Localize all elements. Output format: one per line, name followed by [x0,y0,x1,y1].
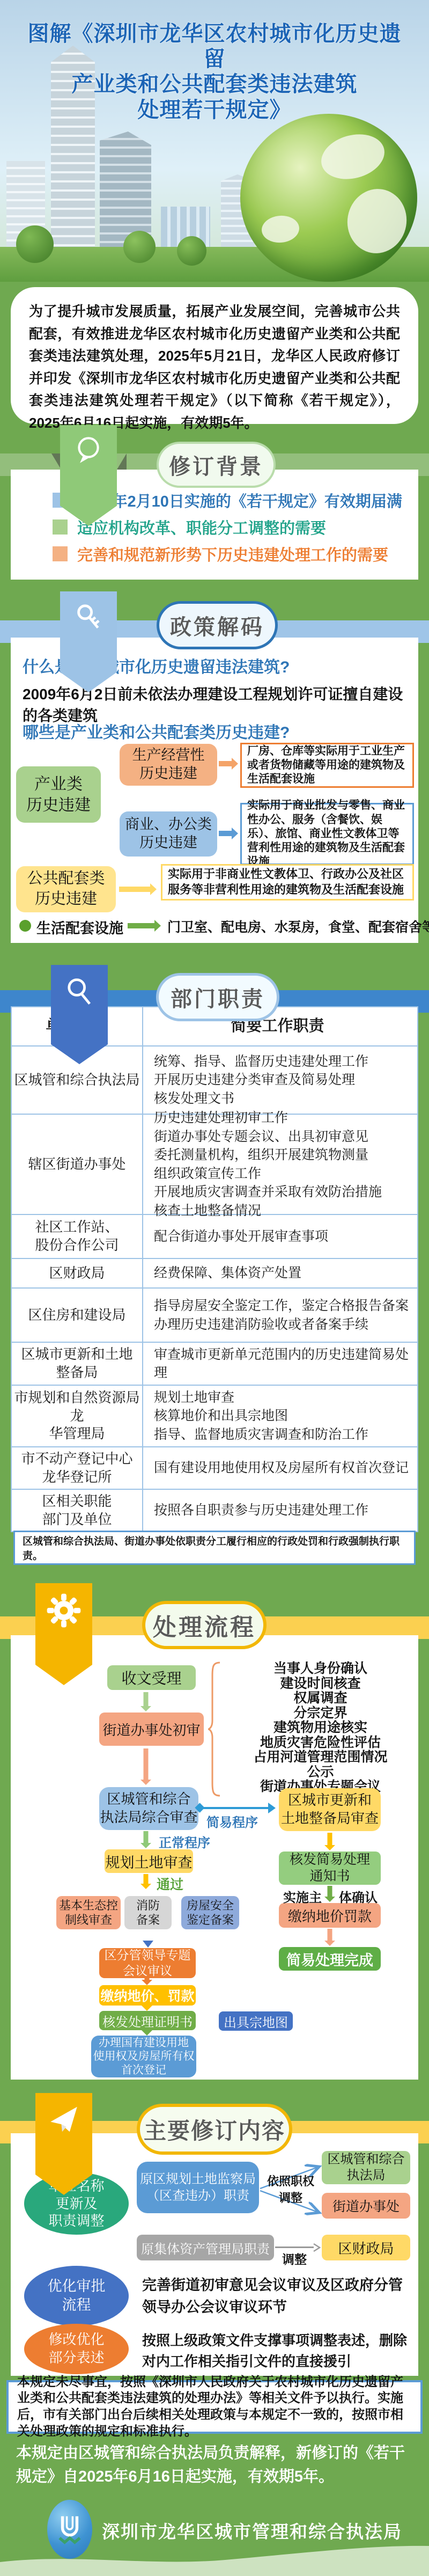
checklist-item: 当事人身份确认 [228,1662,413,1677]
hero-header: 图解《深圳市龙华区农村城市化历史遗留 产业类和公共配套类违法建筑 处理若干规定》 [0,0,429,282]
public-line1: 公共配套类 [27,869,105,889]
flow-ribbon [35,1583,92,1685]
commercial-line2: 历史违建 [139,834,197,852]
tree [123,231,156,263]
unit-name: 市不动产登记中心 [21,1450,132,1468]
flow-checklist: 当事人身份确认 建设时间核查 权属调查 分宗定界 建筑物用途核实 地质灾害危险性… [228,1662,413,1795]
table-row: 区住房和建设局 指导房屋安全鉴定工作，鉴定合格报告备案 办理历史违建消防验收或者… [12,1287,417,1342]
pay-left-label: 缴纳地价、罚款 [100,1986,194,2005]
unit-name: 股份合作公司 [35,1236,119,1255]
arrow-down-icon [140,1748,151,1785]
arrow-down-icon [324,1929,335,1946]
target2-label: 区财政局 [338,2238,394,2258]
commercial-desc-box: 实际用于商业批发与零售、商业性办公、服务（含餐饮、娱乐）、旅馆、商业性文教体卫等… [240,803,414,865]
eco-line2: 制线审查 [65,1913,112,1928]
footer-org-name: 深圳市龙华区城市管理和综合执法局 [102,2518,402,2543]
target1a-line2: 执法局 [347,2168,386,2184]
renewal-line1: 区城市更新和 [288,1791,372,1810]
gray-arrowhead-icon [313,2243,321,2252]
duty-line: 开展历史违建分类审查及简易处理 [154,1071,412,1089]
src1-line1: 原区规划土地监察局 [140,2171,256,2187]
support-label: 生活配套设施 [36,917,123,938]
checklist-item: 公示 [228,1765,413,1780]
background-item: 适应机构改革、职能分工调整的需要 [53,514,418,540]
table-row: 区财政局 经费保障、集体资产处置 [12,1258,417,1287]
public-category-box: 公共配套类 历史违建 [16,866,116,912]
bullet-square-icon [53,546,68,561]
safety-line2: 鉴定备案 [187,1913,234,1928]
infographic-page: 图解《深圳市龙华区农村城市化历史遗留 产业类和公共配套类违法建筑 处理若干规定》… [0,0,429,2576]
simple-procedure-label: 简易程序 [206,1812,258,1831]
duty-line: 配合街道办事处开展审查事项 [154,1227,412,1246]
flow-register-box: 办理国有建设用地 使用权及房屋所有权 首次登记 [91,2036,196,2077]
fire-line2: 备案 [136,1913,160,1928]
revision-item3-text: 按照上级政策文件支撑事项调整表述，删除对内工作相关指引文件的直接援引 [142,2330,413,2372]
unit-name: 区财政局 [49,1264,105,1283]
fire-line1: 消防 [136,1898,160,1913]
checklist-item: 地质灾害危险性评估 [228,1736,413,1751]
production-line1: 生产经营性 [132,747,205,765]
register-line1: 办理国有建设用地 [99,2036,189,2050]
duty-line: 统筹、指导、监督历史违建处理工作 [154,1052,412,1071]
flow-pay-left-box: 缴纳地价、罚款 [99,1985,196,2006]
arrow-right-icon [219,828,238,839]
closing-text: 本规定由区城管和综合执法局负责解释，新修订的《若干规定》自2025年6月16日起… [16,2442,413,2489]
arrow-down-icon [140,1831,151,1848]
flow-parcel-box: 出具宗地图 [219,2011,293,2031]
curly-bracket [208,1662,222,1797]
revision-label1: 依照职权 调整 [265,2172,316,2206]
normal-procedure-label: 正常程序 [159,1832,210,1851]
commercial-box: 商业、办公类 历史违建 [120,811,217,857]
policy-ribbon [60,591,117,692]
arrow-down-icon [142,2006,152,2011]
eco-line1: 基本生态控 [59,1898,118,1913]
revisions-ribbon [35,2093,92,2195]
revisions-note: 本规定未尽事宜，按照《深圳市人民政府关于农村城市化历史遗留产业类和公共配套类违法… [17,2374,412,2440]
duty-line: 经费保障、集体资产处置 [154,1264,412,1283]
commercial-desc: 实际用于商业批发与零售、商业性办公、服务（含餐饮、娱乐）、旅馆、商业性文教体卫等… [247,799,407,869]
flow-leader-box: 区分管领导专题 会议审议 [99,1948,196,1978]
flow-street-review-label: 街道办事处初审 [102,1719,200,1739]
unit-name: 社区工作站、 [35,1218,119,1236]
revisions-note-box: 本规定未尽事宜，按照《深圳市人民政府关于农村城市化历史遗留产业类和公共配套类违法… [6,2380,423,2434]
duty-line: 审查城市更新单元范围内的历史违建简易处理 [154,1345,412,1382]
district-review-line2: 执法局综合审查 [100,1809,197,1827]
arrowhead-right-icon [268,1803,276,1813]
notice-line1: 核发简易处理 [290,1851,370,1868]
flow-district-review-box: 区城管和综合 执法局综合审查 [99,1787,198,1830]
page-title-line2: 产业类和公共配套类违法建筑 [21,72,408,97]
arrow-right-icon [119,881,157,897]
page-title-line3: 处理若干规定》 [21,98,408,123]
arrow-down-icon [142,2030,152,2036]
duty-line: 核发处理文书 [154,1089,412,1108]
arrow-down-icon [324,1833,335,1850]
revision-src1-box: 原区规划土地监察局 （区查违办）职责 [137,2162,259,2213]
unit-name: 华管理局 [49,1425,105,1443]
tree [177,236,206,266]
gray-arrow-line [275,2246,314,2248]
table-row: 市规划和自然资源局龙 华管理局 规划土地审查 核算地价和出具宗地图 指导、监督地… [12,1385,417,1446]
unit-name: 整备局 [56,1364,98,1382]
src2-label: 原集体资产管理局职责 [141,2238,270,2257]
duty-line: 指导、监督地质灾害调查和防治工作 [154,1425,412,1444]
bullet-square-icon [53,519,68,535]
arrow-right-icon [128,919,161,933]
simple-procedure-line [199,1807,269,1809]
key-icon [71,601,106,635]
flow-eco-box: 基本生态控 制线审查 [56,1896,121,1929]
table-row: 区城市更新和土地 整备局 审查城市更新单元范围内的历史违建简易处理 [12,1342,417,1385]
production-desc-box: 厂房、仓库等实际用于工业生产或者货物储藏等用途的建筑物及生活配套设施 [240,743,414,788]
parcel-label: 出具宗地图 [224,2012,288,2031]
leader-line1: 区分管领导专题 [105,1948,191,1963]
duties-ribbon [51,965,108,1064]
notice-line2: 通知书 [309,1868,350,1885]
flow-street-review-box: 街道办事处初审 [99,1713,204,1746]
magnifier-icon [62,975,97,1009]
revision-src2-box: 原集体资产管理局职责 [137,2235,274,2260]
duty-line: 核算地价和出具宗地图 [154,1407,412,1425]
public-desc-box: 实际用于非商业性文教体卫、行政办公及社区服务等非营利性用途的建筑物及生活配套设施 [161,864,414,901]
industry-line2: 历史违建 [26,795,91,816]
flow-done-box: 简易处理完成 [279,1947,381,1971]
flow-pay-right-box: 缴纳地价罚款 [279,1903,381,1928]
item1-line3: 职责调整 [48,2212,104,2230]
flow-safety-box: 房屋安全 鉴定备案 [181,1896,239,1929]
flow-planning-label: 规划土地审查 [106,1851,193,1872]
revision-item3-ellipse: 修改优化 部分表述 [24,2324,129,2374]
public-line2: 历史违建 [35,889,97,910]
production-desc: 厂房、仓库等实际用于工业生产或者货物储藏等用途的建筑物及生活配套设施 [247,744,407,787]
background-item-text: 完善和规范新形势下历史违建处理工作的需要 [77,543,388,565]
background-item: 完善和规范新形势下历史违建处理工作的需要 [53,540,418,567]
safety-line1: 房屋安全 [187,1898,234,1913]
speech-bubble-icon [71,435,106,469]
unit-name: 区住房和建设局 [28,1306,125,1324]
duties-table: 单位名称 简要工作职责 区城管和综合执法局 统筹、指导、监督历史违建处理工作 开… [11,1006,418,1532]
item3-line1: 修改优化 [48,2331,104,2349]
revision-target1b-box: 街道办事处 [322,2193,410,2219]
arrow-right-icon [219,758,238,770]
item2-line1: 优化审批 [48,2277,106,2296]
label1-line1: 依照职权 [265,2172,316,2189]
duty-line: 办理历史违建消防验收或者备案手续 [154,1315,412,1334]
checklist-item: 权属调查 [228,1691,413,1706]
district-review-line1: 区城管和综合 [107,1790,190,1809]
revisions-title: 主要修订内容 [144,2113,285,2146]
revisions-title-bubble: 主要修订内容 [137,2104,292,2155]
revision-item2-ellipse: 优化审批 流程 [24,2266,129,2326]
duty-line: 组织政策宣传工作 [154,1165,412,1183]
flow-title-bubble: 处理流程 [142,1601,267,1649]
policy-title-bubble: 政策解码 [157,601,278,649]
unit-name: 部门及单位 [42,1511,112,1529]
leader-line2: 会议审议 [123,1963,172,1978]
item1-line2: 更新及 [55,2195,97,2213]
arrow-down-icon [142,1978,152,1985]
table-row: 社区工作站、 股份合作公司 配合街道办事处开展审查事项 [12,1214,417,1258]
target1b-label: 街道办事处 [332,2196,400,2215]
production-box: 生产经营性 历史违建 [120,744,217,786]
background-item-text: 2020年2月10日实施的《若干规定》有效期届满 [77,489,402,511]
industry-line1: 产业类 [34,774,83,795]
tree [16,225,54,263]
unit-name: 龙华登记所 [42,1468,112,1487]
duty-line: 按照各自职责参与历史违建处理工作 [154,1501,412,1520]
flow-receive-box: 收文受理 [107,1665,196,1690]
revision-target1a-box: 区城管和综合 执法局 [322,2151,410,2184]
flow-receive-label: 收文受理 [121,1667,181,1688]
arrow-down-icon [324,1886,335,1902]
pass-label: 通过 [157,1874,183,1893]
duties-note: 区城管和综合执法局、街道办事处依职责分工履行相应的行政处罚和行政强制执行职责。 [23,1533,406,1562]
paper-plane-icon [47,2103,80,2136]
duty-line: 开展地质灾害调查并采取有效防治措施 [154,1183,412,1202]
flow-renewal-box: 区城市更新和 土地整备局审查 [279,1788,381,1831]
pay-right-label: 缴纳地价罚款 [288,1906,372,1926]
flow-notice-box: 核发简易处理 通知书 [279,1851,381,1885]
checklist-item: 建筑物用途核实 [228,1721,413,1736]
register-line3: 首次登记 [121,2063,166,2077]
public-desc: 实际用于非商业性文教体卫、行政办公及社区服务等非营利性用途的建筑物及生活配套设施 [168,867,407,897]
cert-label: 核发处理证明书 [102,2011,193,2030]
unit-name: 区城管和综合执法局 [14,1071,139,1089]
revision-label2: 调整 [282,2250,307,2267]
confirm-label-right: 体确认 [339,1887,378,1906]
arrowhead-down-icon [143,1941,153,1948]
confirm-label-left: 实施主 [283,1887,322,1906]
intro-panel: 为了提升城市发展质量，拓展产业发展空间，完善城市公共配套，有效推进龙华区农村城市… [11,287,418,424]
unit-name: 辖区街道办事处 [28,1155,125,1174]
unit-name: 区城市更新和土地 [21,1345,132,1364]
support-dot-icon [19,920,31,932]
duty-line: 街道办事处专题会议、出具初审意见 [154,1128,412,1146]
duty-line: 国有建设用地使用权及房屋所有权首次登记 [154,1459,412,1477]
background-title-bubble: 修订背景 [157,442,276,488]
flow-title: 处理流程 [153,1608,256,1642]
unit-name: 区相关职能 [42,1492,112,1511]
checklist-item: 占用河道管理范围情况 [228,1750,413,1765]
flow-fire-box: 消防 备案 [124,1896,172,1929]
label1-line2: 调整 [265,2189,316,2206]
register-line2: 使用权及房屋所有权 [93,2050,195,2063]
done-label: 简易处理完成 [286,1949,373,1970]
unit-name: 市规划和自然资源局龙 [12,1389,142,1425]
support-desc: 门卫室、配电房、水泵房，食堂、配套宿舍等 [167,917,429,936]
table-row: 市不动产登记中心 龙华登记所 国有建设用地使用权及房屋所有权首次登记 [12,1446,417,1489]
policy-question-2: 哪些是产业类和公共配套类历史违建? [23,719,290,743]
duty-line: 指导房屋安全鉴定工作，鉴定合格报告备案 [154,1297,412,1315]
target1a-line1: 区城管和综合 [328,2151,405,2168]
renewal-line2: 土地整备局审查 [281,1810,379,1828]
background-ribbon [60,425,117,526]
revision-target2-box: 区财政局 [322,2235,410,2260]
gear-icon [46,1593,82,1628]
industry-category-box: 产业类 历史违建 [16,766,101,823]
arrow-down-icon [140,1692,151,1711]
checklist-item: 建设时间核查 [228,1677,413,1692]
revision-item2-text: 完善街道初审意见会议审议及区政府分管领导办公会议审议环节 [142,2274,413,2318]
duty-line: 历史违建处理初审工作 [154,1109,412,1128]
green-globe [240,114,417,282]
flow-cert-box: 核发处理证明书 [99,2011,196,2030]
background-title: 修订背景 [169,450,263,480]
item3-line2: 部分表述 [48,2349,104,2367]
duties-note-box: 区城管和综合执法局、街道办事处依职责分工履行相应的行政处罚和行政强制执行职责。 [13,1531,416,1565]
bureau-logo [47,2500,92,2559]
duty-line: 规划土地审查 [154,1388,412,1407]
duties-title-bubble: 部门职责 [156,973,279,1021]
duties-title: 部门职责 [171,982,265,1013]
duty-line: 委托测量机构，组织开展建筑物测量 [154,1146,412,1165]
table-row: 辖区街道办事处 历史违建处理初审工作 街道办事处专题会议、出具初审意见 委托测量… [12,1114,417,1214]
flow-planning-box: 规划土地审查 [105,1849,193,1873]
page-title: 图解《深圳市龙华区农村城市化历史遗留 产业类和公共配套类违法建筑 处理若干规定》 [21,21,408,123]
table-row: 区相关职能 部门及单位 按照各自职责参与历史违建处理工作 [12,1489,417,1531]
logo-glyph-icon [55,2511,84,2548]
background-item-text: 适应机构改革、职能分工调整的需要 [77,516,326,538]
checklist-item: 分宗定界 [228,1706,413,1721]
item2-line2: 流程 [62,2296,91,2315]
policy-title: 政策解码 [170,610,264,641]
page-title-line1: 图解《深圳市龙华区农村城市化历史遗留 [21,21,408,72]
intro-text: 为了提升城市发展质量，拓展产业发展空间，完善城市公共配套，有效推进龙华区农村城市… [29,301,400,435]
src1-line2: （区查违办）职责 [146,2187,249,2204]
commercial-line1: 商业、办公类 [125,816,212,834]
arrow-down-icon [140,1874,151,1889]
production-line2: 历史违建 [139,765,197,783]
